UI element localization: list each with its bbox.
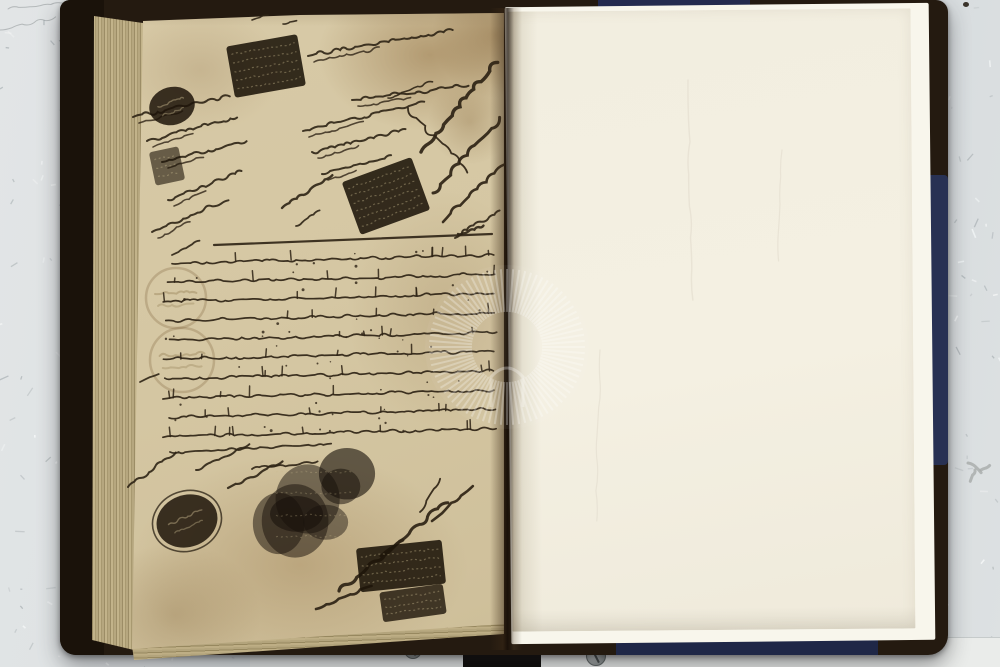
surface-speck (992, 232, 993, 238)
surface-speck (959, 156, 960, 161)
surface-speck (9, 587, 10, 591)
surface-speck (13, 179, 15, 182)
surface-speck (30, 643, 34, 650)
surface-speck (1, 444, 4, 451)
surface-speck (15, 629, 17, 633)
surface-speck (974, 7, 979, 8)
surface-speck (970, 294, 972, 296)
surface-speck (46, 588, 55, 589)
surface-speck (955, 316, 958, 322)
surface-speck (51, 41, 55, 45)
surface-speck (972, 229, 976, 238)
surface-speck (967, 154, 973, 161)
surface-speck (981, 321, 989, 322)
surface-speck (966, 434, 968, 437)
surface-speck (984, 286, 987, 291)
surface-speck (955, 468, 963, 471)
surface-speck (41, 175, 43, 180)
surface-speck (995, 499, 998, 502)
surface-speck (0, 376, 8, 380)
surface-speck (975, 198, 979, 202)
right-page-blank (508, 8, 916, 631)
surface-speck (5, 33, 12, 34)
debris-speck (963, 2, 969, 7)
surface-speck (954, 220, 956, 223)
surface-speck (949, 296, 958, 297)
surface-speck (8, 31, 14, 37)
surface-speck (232, 657, 235, 658)
surface-speck (20, 475, 24, 479)
surface-speck (956, 347, 960, 355)
surface-speck (50, 258, 52, 260)
surface-speck (974, 219, 978, 228)
surface-speck (0, 87, 3, 89)
surface-speck (972, 280, 977, 282)
surface-speck (10, 418, 16, 421)
book-gutter-shadow (490, 8, 522, 650)
surface-speck (172, 658, 173, 661)
surface-speck (20, 606, 22, 609)
surface-speck (993, 567, 994, 570)
surface-speck (106, 663, 109, 665)
surface-speck (21, 376, 22, 379)
surface-speck (993, 294, 998, 295)
photo-scene (0, 0, 1000, 667)
surface-speck (990, 96, 993, 97)
surface-speck (46, 457, 51, 462)
surface-speck (47, 602, 52, 605)
surface-speck (33, 179, 38, 184)
surface-speck (990, 60, 991, 67)
surface-speck (43, 257, 44, 262)
surface-speck (11, 199, 14, 204)
surface-speck (0, 324, 2, 325)
surface-speck (51, 184, 56, 185)
surface-speck (23, 626, 26, 628)
surface-speck (962, 275, 966, 278)
surface-speck (56, 462, 57, 464)
surface-speck (981, 560, 984, 564)
surface-speck (11, 263, 17, 267)
surface-speck (27, 388, 32, 396)
surface-speck (958, 261, 964, 262)
surface-speck (992, 356, 994, 359)
surface-speck (949, 96, 950, 100)
